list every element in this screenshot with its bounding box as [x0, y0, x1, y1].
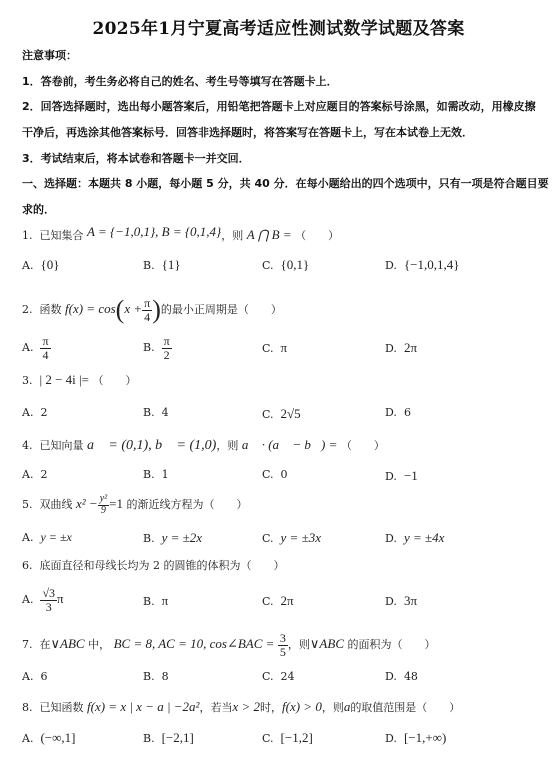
section-heading-line2: 求的． — [22, 201, 55, 217]
q2-option-c[interactable]: C. π — [262, 340, 287, 356]
q6-option-d[interactable]: D. 3π — [385, 593, 417, 609]
q5-option-d[interactable]: D. y = ±4x — [385, 530, 444, 546]
q1-option-d[interactable]: D. {−1,0,1,4} — [385, 257, 460, 273]
q2-option-d[interactable]: D. 2π — [385, 340, 417, 356]
question-4: 4. 已知向量 a⃗ = (0,1), b⃗ = (1,0)，则 a⃗ · (a… — [22, 437, 385, 454]
question-8: 8. 已知函数 f(x) = x | x − a | −2a²，若当x > 2时… — [22, 699, 460, 715]
q1-option-c[interactable]: C. {0,1} — [262, 257, 309, 273]
question-5: 5. 双曲线 x² −y²9=1 的渐近线方程为（ ） — [22, 494, 247, 516]
q8-option-c[interactable]: C. [−1,2] — [262, 730, 313, 746]
q6-option-c[interactable]: C. 2π — [262, 593, 294, 609]
q8-option-a[interactable]: A. (−∞,1] — [22, 730, 75, 746]
q3-option-a[interactable]: A. 2 — [22, 406, 47, 419]
note-1: 1．答卷前，考生务必将自己的姓名、考生号等填写在答题卡上． — [22, 73, 338, 89]
q4-option-d[interactable]: D. −1 — [385, 468, 418, 484]
q4-option-c[interactable]: C. 0 — [262, 468, 288, 481]
question-2: 2. 函数 f(x) = cos(x +π4)的最小正周期是（ ） — [22, 295, 282, 325]
q4-option-a[interactable]: A. 2 — [22, 468, 47, 481]
q2-option-a[interactable]: A. π4 — [22, 335, 51, 361]
q8-option-b[interactable]: B. [−2,1] — [143, 730, 194, 746]
q3-option-d[interactable]: D. 6 — [385, 406, 411, 419]
question-7: 7. 在∨ABC 中， BC = 8, AC = 10, cos∠BAC = 3… — [22, 632, 436, 658]
section-heading-line1: 一、选择题：本题共 8 小题，每小题 5 分，共 40 分．在每小题给出的四个选… — [22, 175, 549, 191]
q7-option-c[interactable]: C. 24 — [262, 670, 295, 683]
page-title: 2025年1月宁夏高考适应性测试数学试题及答案 — [0, 14, 557, 39]
note-2: 2．回答选择题时，选出每小题答案后，用铅笔把答题卡上对应题目的答案标号涂黑，如需… — [22, 98, 536, 114]
note-3: 3．考试结束后，将本试卷和答题卡一并交回． — [22, 150, 250, 166]
note-2-cont: 干净后，再选涂其他答案标号．回答非选择题时，将答案写在答题卡上，写在本试卷上无效… — [22, 124, 473, 140]
notes-heading: 注意事项： — [22, 47, 77, 63]
q6-option-b[interactable]: B. π — [143, 593, 168, 609]
question-1: 1. 已知集合 A = {−1,0,1}, B = {0,1,4}，则 A ⋂ … — [22, 224, 339, 243]
q1-option-a[interactable]: A. {0} — [22, 257, 59, 273]
q7-option-d[interactable]: D. 48 — [385, 670, 418, 683]
q5-option-c[interactable]: C. y = ±3x — [262, 530, 321, 546]
q2-option-b[interactable]: B. π2 — [143, 335, 172, 361]
q5-option-b[interactable]: B. y = ±2x — [143, 530, 202, 546]
q6-option-a[interactable]: A. √33π — [22, 587, 64, 613]
question-3: 3. | 2 − 4i |= （ ） — [22, 372, 136, 388]
question-6: 6. 底面直径和母线长均为 2 的圆锥的体积为（ ） — [22, 557, 285, 573]
q8-option-d[interactable]: D. [−1,+∞) — [385, 730, 446, 746]
q3-option-c[interactable]: C. 2√5 — [262, 406, 301, 422]
q1-option-b[interactable]: B. {1} — [143, 257, 181, 273]
q7-option-b[interactable]: B. 8 — [143, 670, 169, 683]
q3-option-b[interactable]: B. 4 — [143, 406, 169, 419]
q5-option-a[interactable]: A. y = ±x — [22, 530, 72, 545]
q7-option-a[interactable]: A. 6 — [22, 670, 47, 683]
q4-option-b[interactable]: B. 1 — [143, 468, 169, 481]
